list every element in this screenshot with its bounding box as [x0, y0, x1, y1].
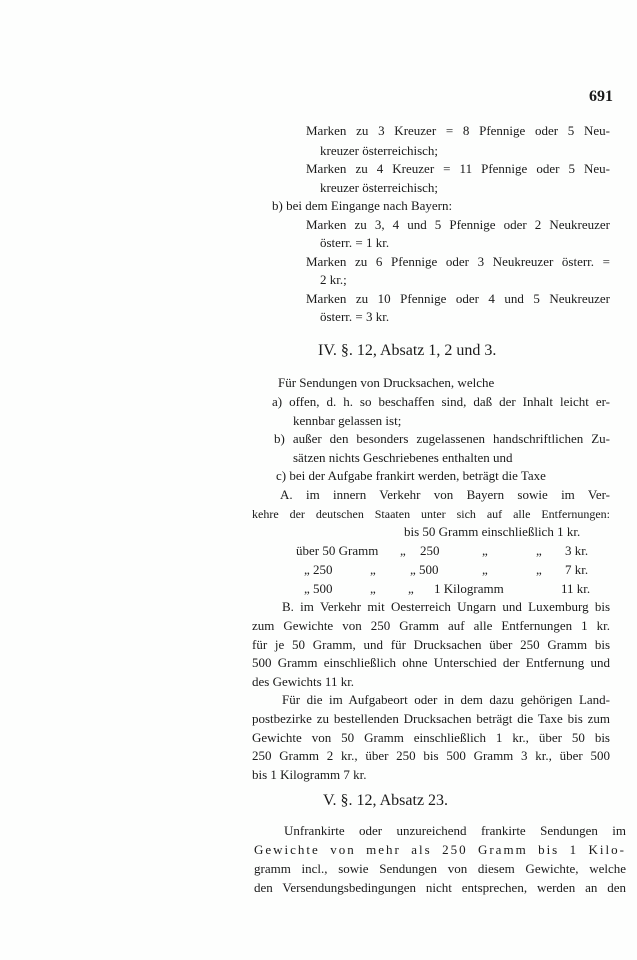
list-item-b-cont: sätzen nichts Geschriebenes enthalten un… [293, 449, 512, 467]
section-heading-iv: IV. §. 12, Absatz 1, 2 und 3. [318, 342, 496, 360]
para-local-line: Gewichte von 50 Gramm einschließlich 1 k… [252, 729, 610, 747]
stamp-line: Marken zu 6 Pfennige oder 3 Neukreuzer ö… [306, 253, 610, 271]
rate-ditto: „ [482, 542, 488, 560]
rate-price: 7 kr. [565, 561, 588, 579]
rate-from: „ 500 [304, 580, 333, 598]
para-b-line: B. im Verkehr mit Oesterreich Ungarn und… [282, 598, 610, 616]
rate-price: 11 kr. [561, 580, 590, 598]
section-v-line: Gewichte von mehr als 250 Gramm bis 1 Ki… [254, 841, 626, 859]
para-a-line: A. im innern Verkehr von Bayern sowie im… [280, 486, 610, 504]
section-v-line: Unfrankirte oder unzureichend frankirte … [284, 822, 626, 840]
list-item-a: a) offen, d. h. so beschaffen sind, daß … [272, 393, 610, 411]
para-local-line: bis 1 Kilogramm 7 kr. [252, 766, 366, 784]
list-item-c: c) bei der Aufgabe frankirt werden, betr… [276, 467, 546, 485]
section-heading-v: V. §. 12, Absatz 23. [323, 792, 448, 810]
para-local-line: 250 Gramm 2 kr., über 250 bis 500 Gramm … [252, 747, 610, 765]
section-iv-intro: Für Sendungen von Drucksachen, welche [278, 374, 494, 392]
stamp-line: 2 kr.; [320, 271, 347, 289]
rate-ditto: „ [408, 580, 414, 598]
rate-to: 250 [420, 542, 440, 560]
para-b-line: des Gewichts 11 kr. [252, 673, 354, 691]
section-v-line: den Versendungsbedingungen nicht entspre… [254, 879, 626, 897]
stamp-line: kreuzer österreichisch; [320, 179, 438, 197]
rate-price: 3 kr. [565, 542, 588, 560]
list-item-b: b) bei dem Eingange nach Bayern: [272, 197, 452, 215]
page-number: 691 [589, 88, 613, 106]
rate-ditto: „ [370, 561, 376, 579]
stamp-line: Marken zu 10 Pfennige oder 4 und 5 Neukr… [306, 290, 610, 308]
stamp-line: Marken zu 4 Kreuzer = 11 Pfennige oder 5… [306, 160, 610, 178]
section-v-line: gramm incl., sowie Sendungen von diesem … [254, 860, 626, 878]
para-a-line: kehre der deutschen Staaten unter sich a… [252, 505, 610, 523]
stamp-line: Marken zu 3, 4 und 5 Pfennige oder 2 Neu… [306, 216, 610, 234]
rate-ditto: „ [370, 580, 376, 598]
rate-to: „ 500 [410, 561, 439, 579]
rate-ditto: „ [482, 561, 488, 579]
list-item-a-cont: kennbar gelassen ist; [293, 412, 401, 430]
para-b-line: für je 50 Gramm, und für Drucksachen übe… [252, 636, 610, 654]
stamp-line: Marken zu 3 Kreuzer = 8 Pfennige oder 5 … [306, 122, 610, 140]
rate-ditto: „ [536, 561, 542, 579]
para-a-line: bis 50 Gramm einschließlich 1 kr. [404, 523, 580, 541]
para-b-line: 500 Gramm einschließlich ohne Unterschie… [252, 654, 610, 672]
rate-ditto: „ [536, 542, 542, 560]
list-item-b: b) außer den besonders zugelassenen hand… [274, 430, 610, 448]
rate-ditto: „ [400, 542, 406, 560]
stamp-line: kreuzer österreichisch; [320, 142, 438, 160]
stamp-line: österr. = 3 kr. [320, 308, 389, 326]
para-b-line: zum Gewichte von 250 Gramm auf alle Entf… [252, 617, 610, 635]
stamp-line: österr. = 1 kr. [320, 234, 389, 252]
para-local-line: postbezirke zu bestellenden Drucksachen … [252, 710, 610, 728]
rate-to: 1 Kilogramm [434, 580, 504, 598]
rate-from: „ 250 [304, 561, 333, 579]
para-local-line: Für die im Aufgabeort oder in dem dazu g… [282, 691, 610, 709]
rate-from: über 50 Gramm [296, 542, 378, 560]
